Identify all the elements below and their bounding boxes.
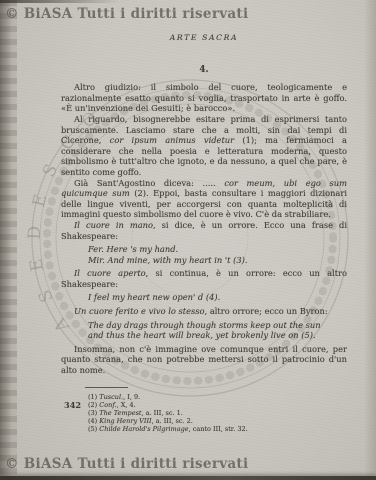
- copyright-watermark-top: © BiASA Tutti i diritti riservati: [5, 6, 248, 22]
- footnote-4: (4) King Henry VIII, a. III, sc. 2.: [88, 417, 347, 425]
- quote-byron: The day drags through though storms keep…: [88, 320, 347, 341]
- section-number: 4.: [61, 65, 347, 76]
- footnotes: (1) Tuscul., I, 9. (2) Conf., X, 4. (3) …: [88, 393, 347, 433]
- paragraph-6: Un cuore ferito e vivo lo stesso, altro …: [61, 306, 347, 317]
- page-number: 342: [64, 400, 81, 410]
- text-block: ARTE SACRA 4. Altro giudizio: il simbolo…: [61, 33, 347, 433]
- copyright-watermark-bottom: © BiASA Tutti i diritti riservati: [5, 456, 248, 472]
- quote-line: I feel my heart new open' d (4).: [88, 292, 347, 303]
- page-right-edge-shadow: [364, 0, 376, 480]
- quote-line: Mir. And mine, with my heart in 't (3).: [88, 255, 347, 266]
- footnote-3: (3) The Tempest, a. III, sc. 1.: [88, 409, 347, 417]
- paragraph-7: Insomma, non c'è immagine ove comunque e…: [61, 344, 347, 376]
- quote-line: The day drags through though storms keep…: [88, 320, 347, 331]
- quote-line: and thus the heart will break, yet broke…: [88, 330, 347, 341]
- quote-tempest: Fer. Here 's my hand. Mir. And mine, wit…: [88, 244, 347, 265]
- footnote-1: (1) Tuscul., I, 9.: [88, 393, 347, 401]
- paragraph-3: Già Sant'Agostino diceva: ..... cor meum…: [61, 178, 347, 220]
- footnote-5: (5) Childe Harold's Pilgrimage, canto II…: [88, 425, 347, 433]
- quote-henry-viii: I feel my heart new open' d (4).: [88, 292, 347, 303]
- running-header: ARTE SACRA: [61, 33, 347, 44]
- paragraph-4: Il cuore in mano, si dice, è un orrore. …: [61, 220, 347, 241]
- book-binding-edge: [0, 0, 17, 480]
- paragraph-1: Altro giudizio: il simbolo del cuore, te…: [61, 82, 347, 114]
- footnote-2: (2) Conf., X, 4.: [88, 401, 347, 409]
- scan-top-edge: [0, 0, 120, 3]
- scan-bottom-edge: [0, 476, 376, 480]
- quote-line: Fer. Here 's my hand.: [88, 244, 347, 255]
- footnote-divider: [85, 387, 128, 388]
- paragraph-5: Il cuore aperto, si continua, è un orror…: [61, 268, 347, 289]
- scanned-book-page: { "watermark": { "top": "© BiASA Tutti i…: [0, 0, 376, 480]
- paragraph-2: Al riguardo, bisognerebbe esitare prima …: [61, 114, 347, 178]
